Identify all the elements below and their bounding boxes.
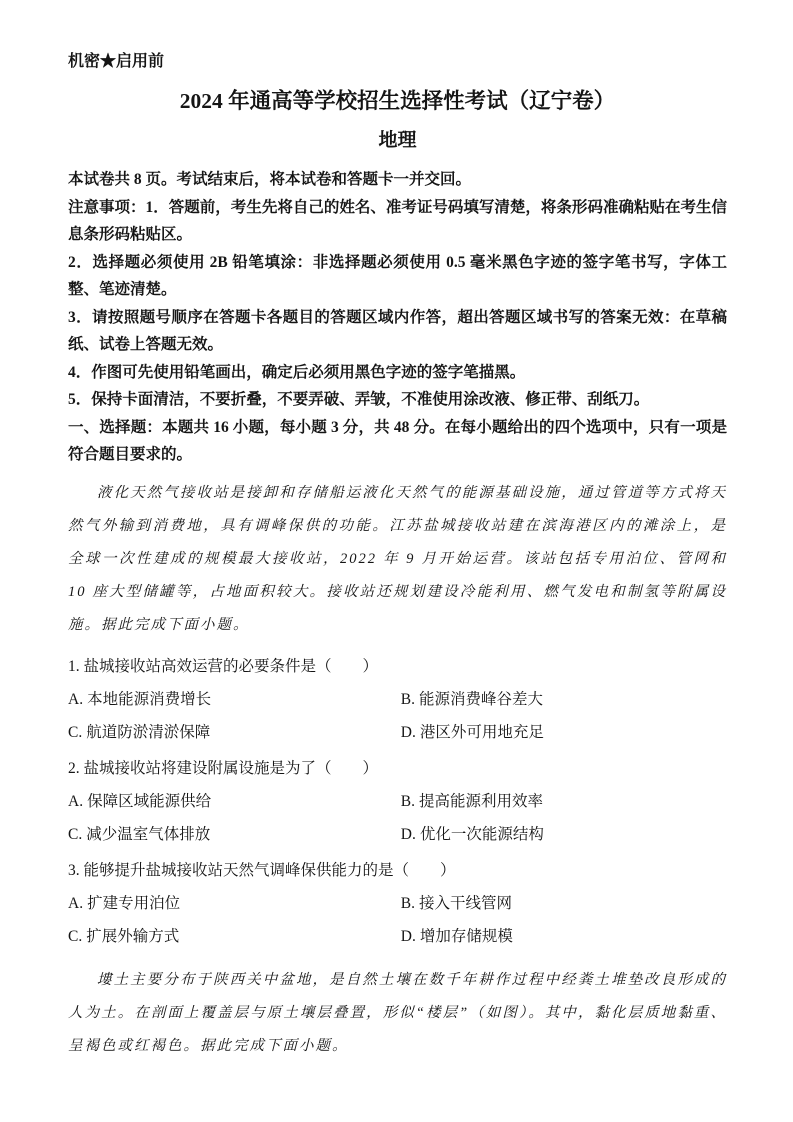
option-text: 优化一次能源结构 <box>420 826 544 843</box>
question-2-option-d: D.优化一次能源结构 <box>401 824 727 846</box>
option-text: 保障区域能源供给 <box>87 793 211 810</box>
question-3-option-b: B.接入干线管网 <box>401 893 727 915</box>
option-text: 增加存储规模 <box>420 928 513 945</box>
option-text: 能源消费峰谷差大 <box>419 691 543 708</box>
question-2-stem: 2. 盐城接收站将建设附属设施是为了（ ） <box>68 758 727 780</box>
option-text: 港区外可用地充足 <box>420 724 544 741</box>
option-label: D. <box>401 928 416 945</box>
instruction-line-5: 5．保持卡面清洁，不要折叠，不要弄破、弄皱，不准使用涂改液、修正带、刮纸刀。 <box>68 386 727 414</box>
question-2-option-c: C.减少温室气体排放 <box>68 824 401 846</box>
exam-instructions: 本试卷共 8 页。考试结束后，将本试卷和答题卡一并交回。 注意事项：1．答题前，… <box>68 166 727 469</box>
exam-title: 2024 年通高等学校招生选择性考试（辽宁卷） <box>68 86 727 116</box>
question-number: 1. <box>68 658 80 675</box>
passage-lng-terminal: 液化天然气接收站是接卸和存储船运液化天然气的能源基础设施，通过管道等方式将天然气… <box>68 477 727 642</box>
option-label: A. <box>68 691 83 708</box>
option-text: 本地能源消费增长 <box>87 691 211 708</box>
question-2-option-a: A.保障区域能源供给 <box>68 791 401 813</box>
option-label: C. <box>68 826 82 843</box>
classification-marking: 机密★启用前 <box>68 52 727 72</box>
question-stem-text: 盐城接收站将建设附属设施是为了（ ） <box>84 760 379 777</box>
question-2: 2. 盐城接收站将建设附属设施是为了（ ） A.保障区域能源供给 B.提高能源利… <box>68 758 727 846</box>
option-text: 航道防淤清淤保障 <box>86 724 210 741</box>
option-label: C. <box>68 724 82 741</box>
question-1: 1. 盐城接收站高效运营的必要条件是（ ） A.本地能源消费增长 B.能源消费峰… <box>68 656 727 744</box>
exam-paper-page: 机密★启用前 2024 年通高等学校招生选择性考试（辽宁卷） 地理 本试卷共 8… <box>0 0 793 1122</box>
option-label: D. <box>401 826 416 843</box>
instruction-line-1: 注意事项：1．答题前，考生先将自己的姓名、准考证号码填写清楚，将条形码准确粘贴在… <box>68 194 727 249</box>
option-label: B. <box>401 691 415 708</box>
option-text: 提高能源利用效率 <box>419 793 543 810</box>
question-1-option-c: C.航道防淤清淤保障 <box>68 722 401 744</box>
question-3-option-a: A.扩建专用泊位 <box>68 893 401 915</box>
question-3-option-c: C.扩展外输方式 <box>68 926 401 948</box>
section-header-choice: 一、选择题：本题共 16 小题，每小题 3 分，共 48 分。在每小题给出的四个… <box>68 414 727 469</box>
option-label: C. <box>68 928 82 945</box>
option-label: B. <box>401 895 415 912</box>
exam-subject: 地理 <box>68 128 727 154</box>
question-1-option-d: D.港区外可用地充足 <box>401 722 727 744</box>
question-stem-text: 盐城接收站高效运营的必要条件是（ ） <box>84 658 379 675</box>
question-3-options: A.扩建专用泊位 B.接入干线管网 C.扩展外输方式 D.增加存储规模 <box>68 882 727 948</box>
option-label: B. <box>401 793 415 810</box>
instruction-line-pages: 本试卷共 8 页。考试结束后，将本试卷和答题卡一并交回。 <box>68 166 727 194</box>
question-stem-text: 能够提升盐城接收站天然气调峰保供能力的是（ ） <box>84 862 456 879</box>
option-label: D. <box>401 724 416 741</box>
question-1-options: A.本地能源消费增长 B.能源消费峰谷差大 C.航道防淤清淤保障 D.港区外可用… <box>68 678 727 744</box>
instruction-line-3: 3．请按照题号顺序在答题卡各题目的答题区域内作答，超出答题区域书写的答案无效：在… <box>68 304 727 359</box>
option-label: A. <box>68 895 83 912</box>
question-number: 3. <box>68 862 80 879</box>
question-3: 3. 能够提升盐城接收站天然气调峰保供能力的是（ ） A.扩建专用泊位 B.接入… <box>68 860 727 948</box>
instruction-line-4: 4．作图可先使用铅笔画出，确定后必须用黑色字迹的签字笔描黑。 <box>68 359 727 387</box>
option-text: 扩建专用泊位 <box>87 895 180 912</box>
question-1-option-b: B.能源消费峰谷差大 <box>401 689 727 711</box>
question-number: 2. <box>68 760 80 777</box>
instruction-line-2: 2．选择题必须使用 2B 铅笔填涂：非选择题必须使用 0.5 毫米黑色字迹的签字… <box>68 249 727 304</box>
question-3-option-d: D.增加存储规模 <box>401 926 727 948</box>
question-1-stem: 1. 盐城接收站高效运营的必要条件是（ ） <box>68 656 727 678</box>
option-text: 扩展外输方式 <box>86 928 179 945</box>
passage-lou-soil: 塿土主要分布于陕西关中盆地，是自然土壤在数千年耕作过程中经粪土堆垫改良形成的人为… <box>68 964 727 1063</box>
question-3-stem: 3. 能够提升盐城接收站天然气调峰保供能力的是（ ） <box>68 860 727 882</box>
option-label: A. <box>68 793 83 810</box>
option-text: 减少温室气体排放 <box>86 826 210 843</box>
question-2-option-b: B.提高能源利用效率 <box>401 791 727 813</box>
option-text: 接入干线管网 <box>419 895 512 912</box>
question-2-options: A.保障区域能源供给 B.提高能源利用效率 C.减少温室气体排放 D.优化一次能… <box>68 780 727 846</box>
question-1-option-a: A.本地能源消费增长 <box>68 689 401 711</box>
